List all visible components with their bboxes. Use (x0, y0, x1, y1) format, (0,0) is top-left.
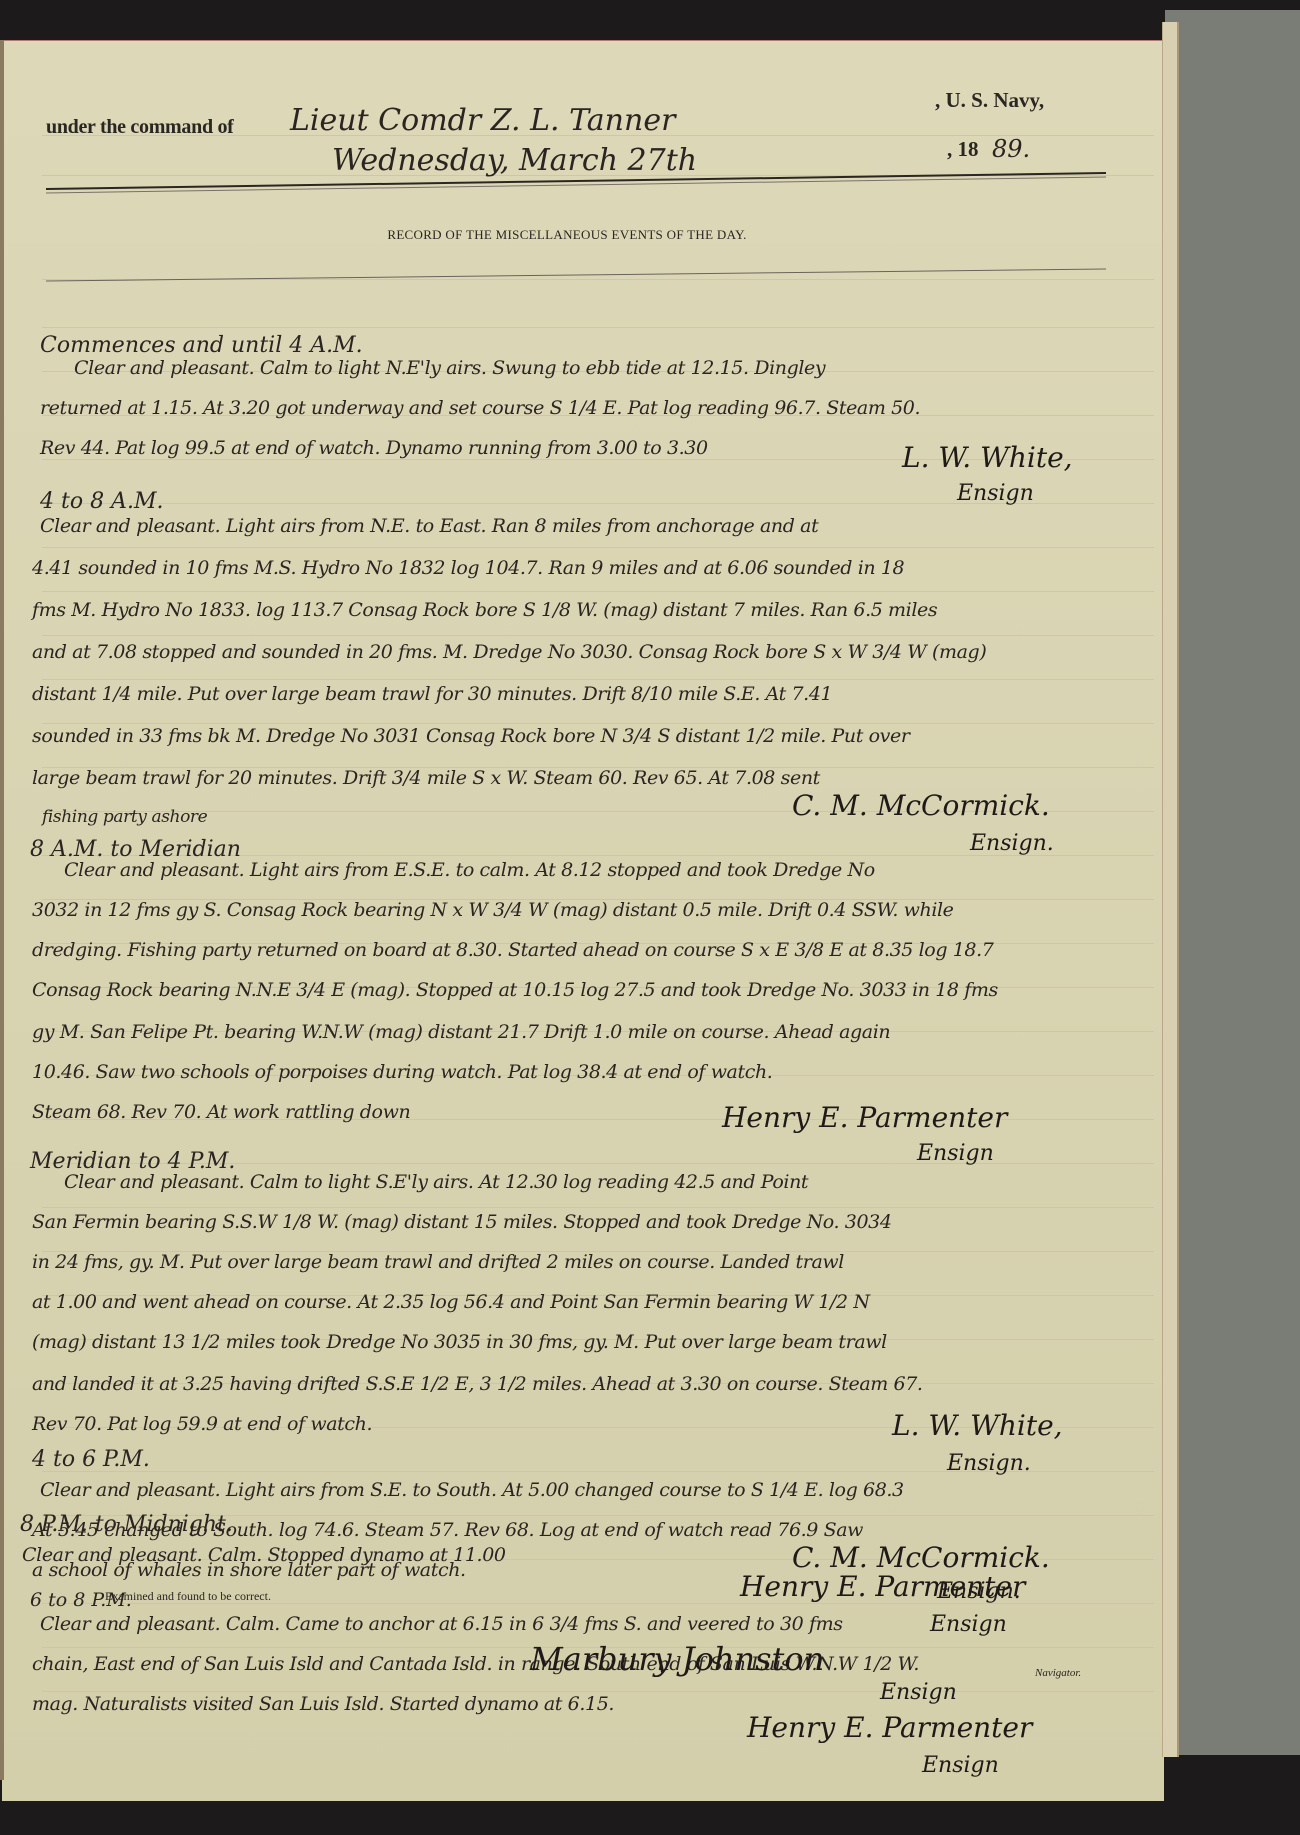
officer-rank: Ensign. (970, 831, 1054, 856)
watch-heading: 4 to 6 P.M. (32, 1447, 150, 1472)
log-line: Consag Rock bearing N.N.E 3/4 E (mag). S… (32, 979, 998, 1001)
officer-signature: Henry E. Parmenter (740, 1570, 1025, 1603)
officer-signature: Henry E. Parmenter (722, 1101, 1007, 1134)
watch-heading: 8 P.M. to Midnight. (20, 1512, 233, 1537)
log-line: (mag) distant 13 1/2 miles took Dredge N… (32, 1331, 887, 1353)
navigator-rank: Ensign (880, 1680, 957, 1705)
log-line: fishing party ashore (42, 807, 207, 827)
log-line: Clear and pleasant. Light airs from S.E.… (40, 1479, 904, 1501)
officer-rank: Ensign (922, 1753, 999, 1778)
title-divider (46, 267, 1106, 287)
log-line: 3032 in 12 fms gy S. Consag Rock bearing… (32, 899, 954, 921)
navy-suffix: , U. S. Navy, (935, 88, 1044, 113)
log-line: large beam trawl for 20 minutes. Drift 3… (32, 767, 820, 789)
commander-name: Lieut Comdr Z. L. Tanner (290, 103, 675, 138)
officer-rank: Ensign (957, 481, 1034, 506)
watch-heading: 4 to 8 A.M. (40, 489, 163, 514)
binding-edge (0, 40, 4, 1780)
log-line: Rev 70. Pat log 59.9 at end of watch. (32, 1413, 372, 1435)
log-line: Rev 44. Pat log 99.5 at end of watch. Dy… (40, 437, 708, 459)
log-line: and at 7.08 stopped and sounded in 20 fm… (32, 641, 986, 663)
examined-label: Examined and found to be correct. (105, 1589, 271, 1604)
header-divider (46, 165, 1106, 195)
officer-signature: L. W. White, (902, 441, 1073, 474)
officer-rank: Ensign. (947, 1451, 1031, 1476)
officer-rank: Ensign (930, 1612, 1007, 1637)
log-line: in 24 fms, gy. M. Put over large beam tr… (32, 1251, 844, 1273)
log-line: returned at 1.15. At 3.20 got underway a… (40, 397, 920, 419)
log-line: San Fermin bearing S.S.W 1/8 W. (mag) di… (32, 1211, 892, 1233)
book-backing (1165, 10, 1300, 1755)
officer-signature: C. M. McCormick. (792, 789, 1050, 822)
log-line: at 1.00 and went ahead on course. At 2.3… (32, 1291, 870, 1313)
navigator-signature: Marbury Johnston (530, 1640, 824, 1678)
log-line: Clear and pleasant. Calm. Stopped dynamo… (22, 1544, 506, 1566)
log-line: sounded in 33 fms bk M. Dredge No 3031 C… (32, 725, 910, 747)
log-line: 10.46. Saw two schools of porpoises duri… (32, 1061, 772, 1083)
navigator-label: Navigator. (1035, 1667, 1081, 1679)
log-line: mag. Naturalists visited San Luis Isld. … (32, 1693, 614, 1715)
command-label: under the command of (46, 116, 234, 139)
year-prefix: , 18 (947, 137, 979, 162)
officer-rank: Ensign (917, 1141, 994, 1166)
watch-heading: Commences and until 4 A.M. (40, 333, 363, 358)
log-line: and landed it at 3.25 having drifted S.S… (32, 1373, 923, 1395)
log-line: Clear and pleasant. Light airs from N.E.… (40, 515, 818, 537)
log-line: distant 1/4 mile. Put over large beam tr… (32, 683, 832, 705)
log-line: Clear and pleasant. Calm to light S.E'ly… (64, 1171, 808, 1193)
log-line: dredging. Fishing party returned on boar… (32, 939, 993, 961)
year-suffix: 89. (992, 135, 1030, 163)
log-line: Steam 68. Rev 70. At work rattling down (32, 1101, 410, 1123)
log-line: Clear and pleasant. Light airs from E.S.… (64, 859, 875, 881)
officer-signature: L. W. White, (892, 1409, 1063, 1442)
section-title: RECORD OF THE MISCELLANEOUS EVENTS OF TH… (2, 227, 1132, 243)
log-line: 4.41 sounded in 10 fms M.S. Hydro No 183… (32, 557, 904, 579)
log-line: gy M. San Felipe Pt. bearing W.N.W (mag)… (32, 1021, 890, 1043)
log-line: Clear and pleasant. Calm. Came to anchor… (40, 1613, 843, 1635)
page-stack-edge (1162, 22, 1179, 1757)
log-line: Clear and pleasant. Calm to light N.E'ly… (74, 357, 825, 379)
officer-signature: Henry E. Parmenter (747, 1711, 1032, 1744)
log-line: fms M. Hydro No 1833. log 113.7 Consag R… (32, 599, 937, 621)
